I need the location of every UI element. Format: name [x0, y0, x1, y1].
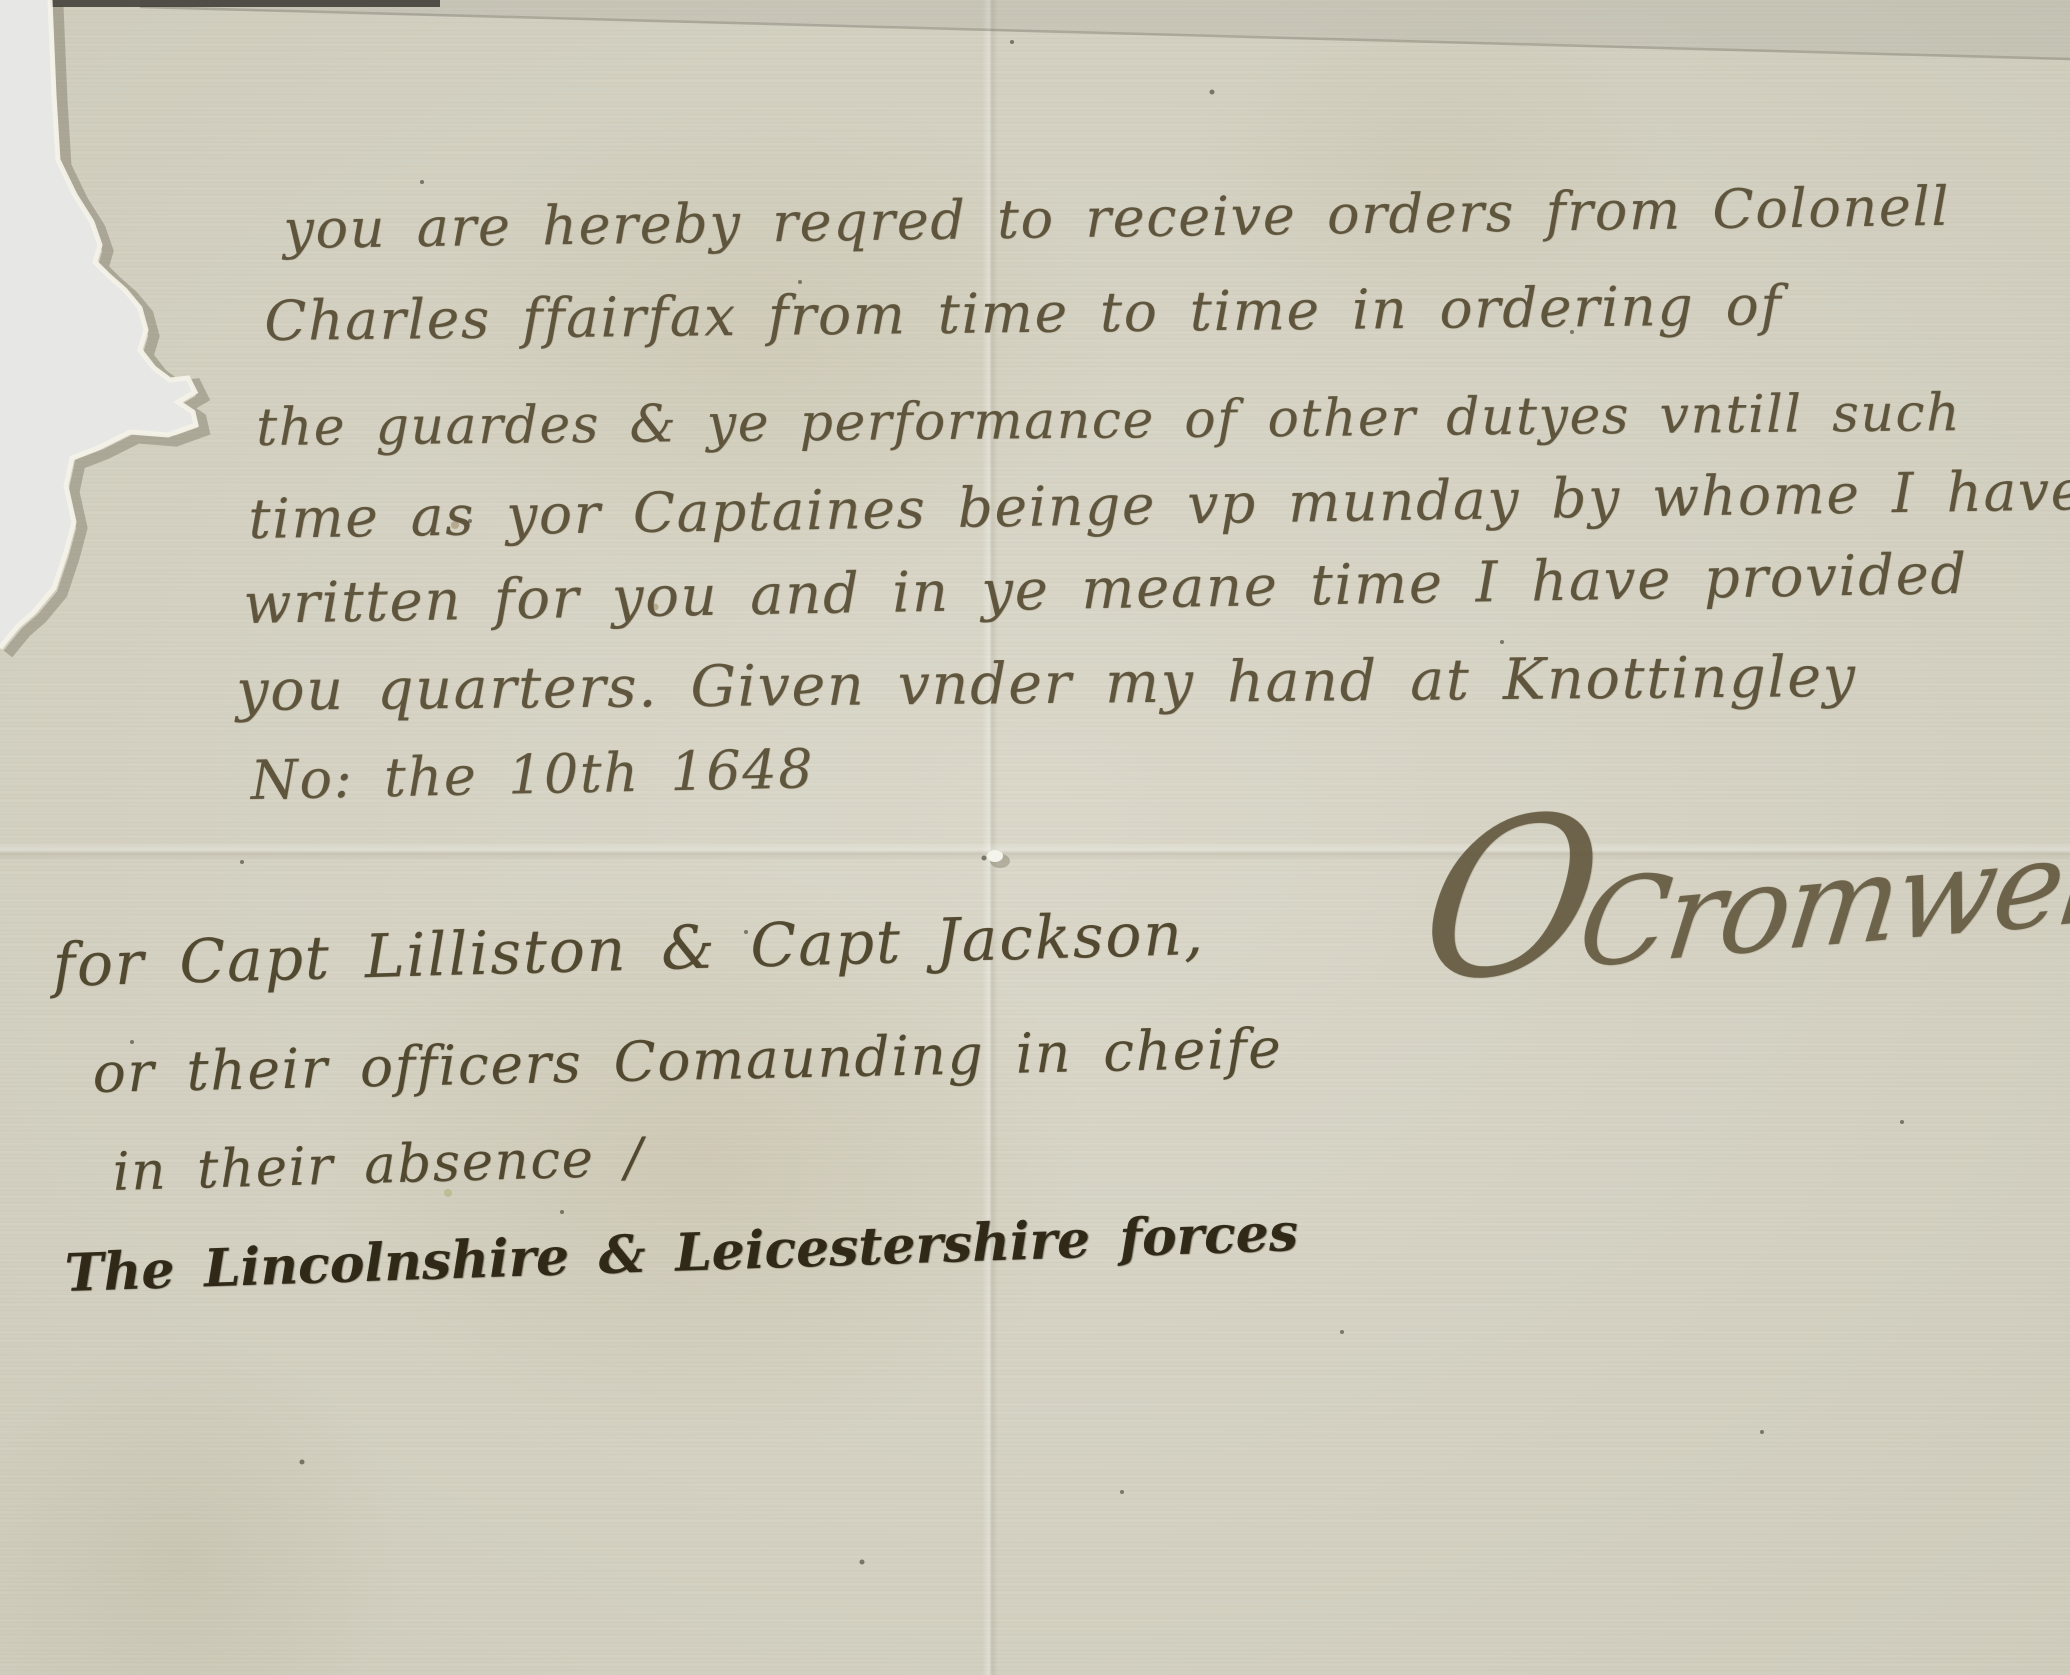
- manuscript-line-6: you quarters. Given vnder my hand at Kno…: [236, 649, 1857, 720]
- manuscript-dateline: No: the 10th 1648: [250, 742, 815, 808]
- fold-crease-vertical: [982, 0, 998, 1675]
- manuscript-line-2: Charles ffairfax from time to time in or…: [264, 278, 1783, 349]
- manuscript-line-3: the guardes & ye performance of other du…: [256, 387, 1961, 454]
- address-line-3: in their absence /: [112, 1131, 645, 1199]
- scanned-letter: you are hereby reqred to receive orders …: [0, 0, 2070, 1675]
